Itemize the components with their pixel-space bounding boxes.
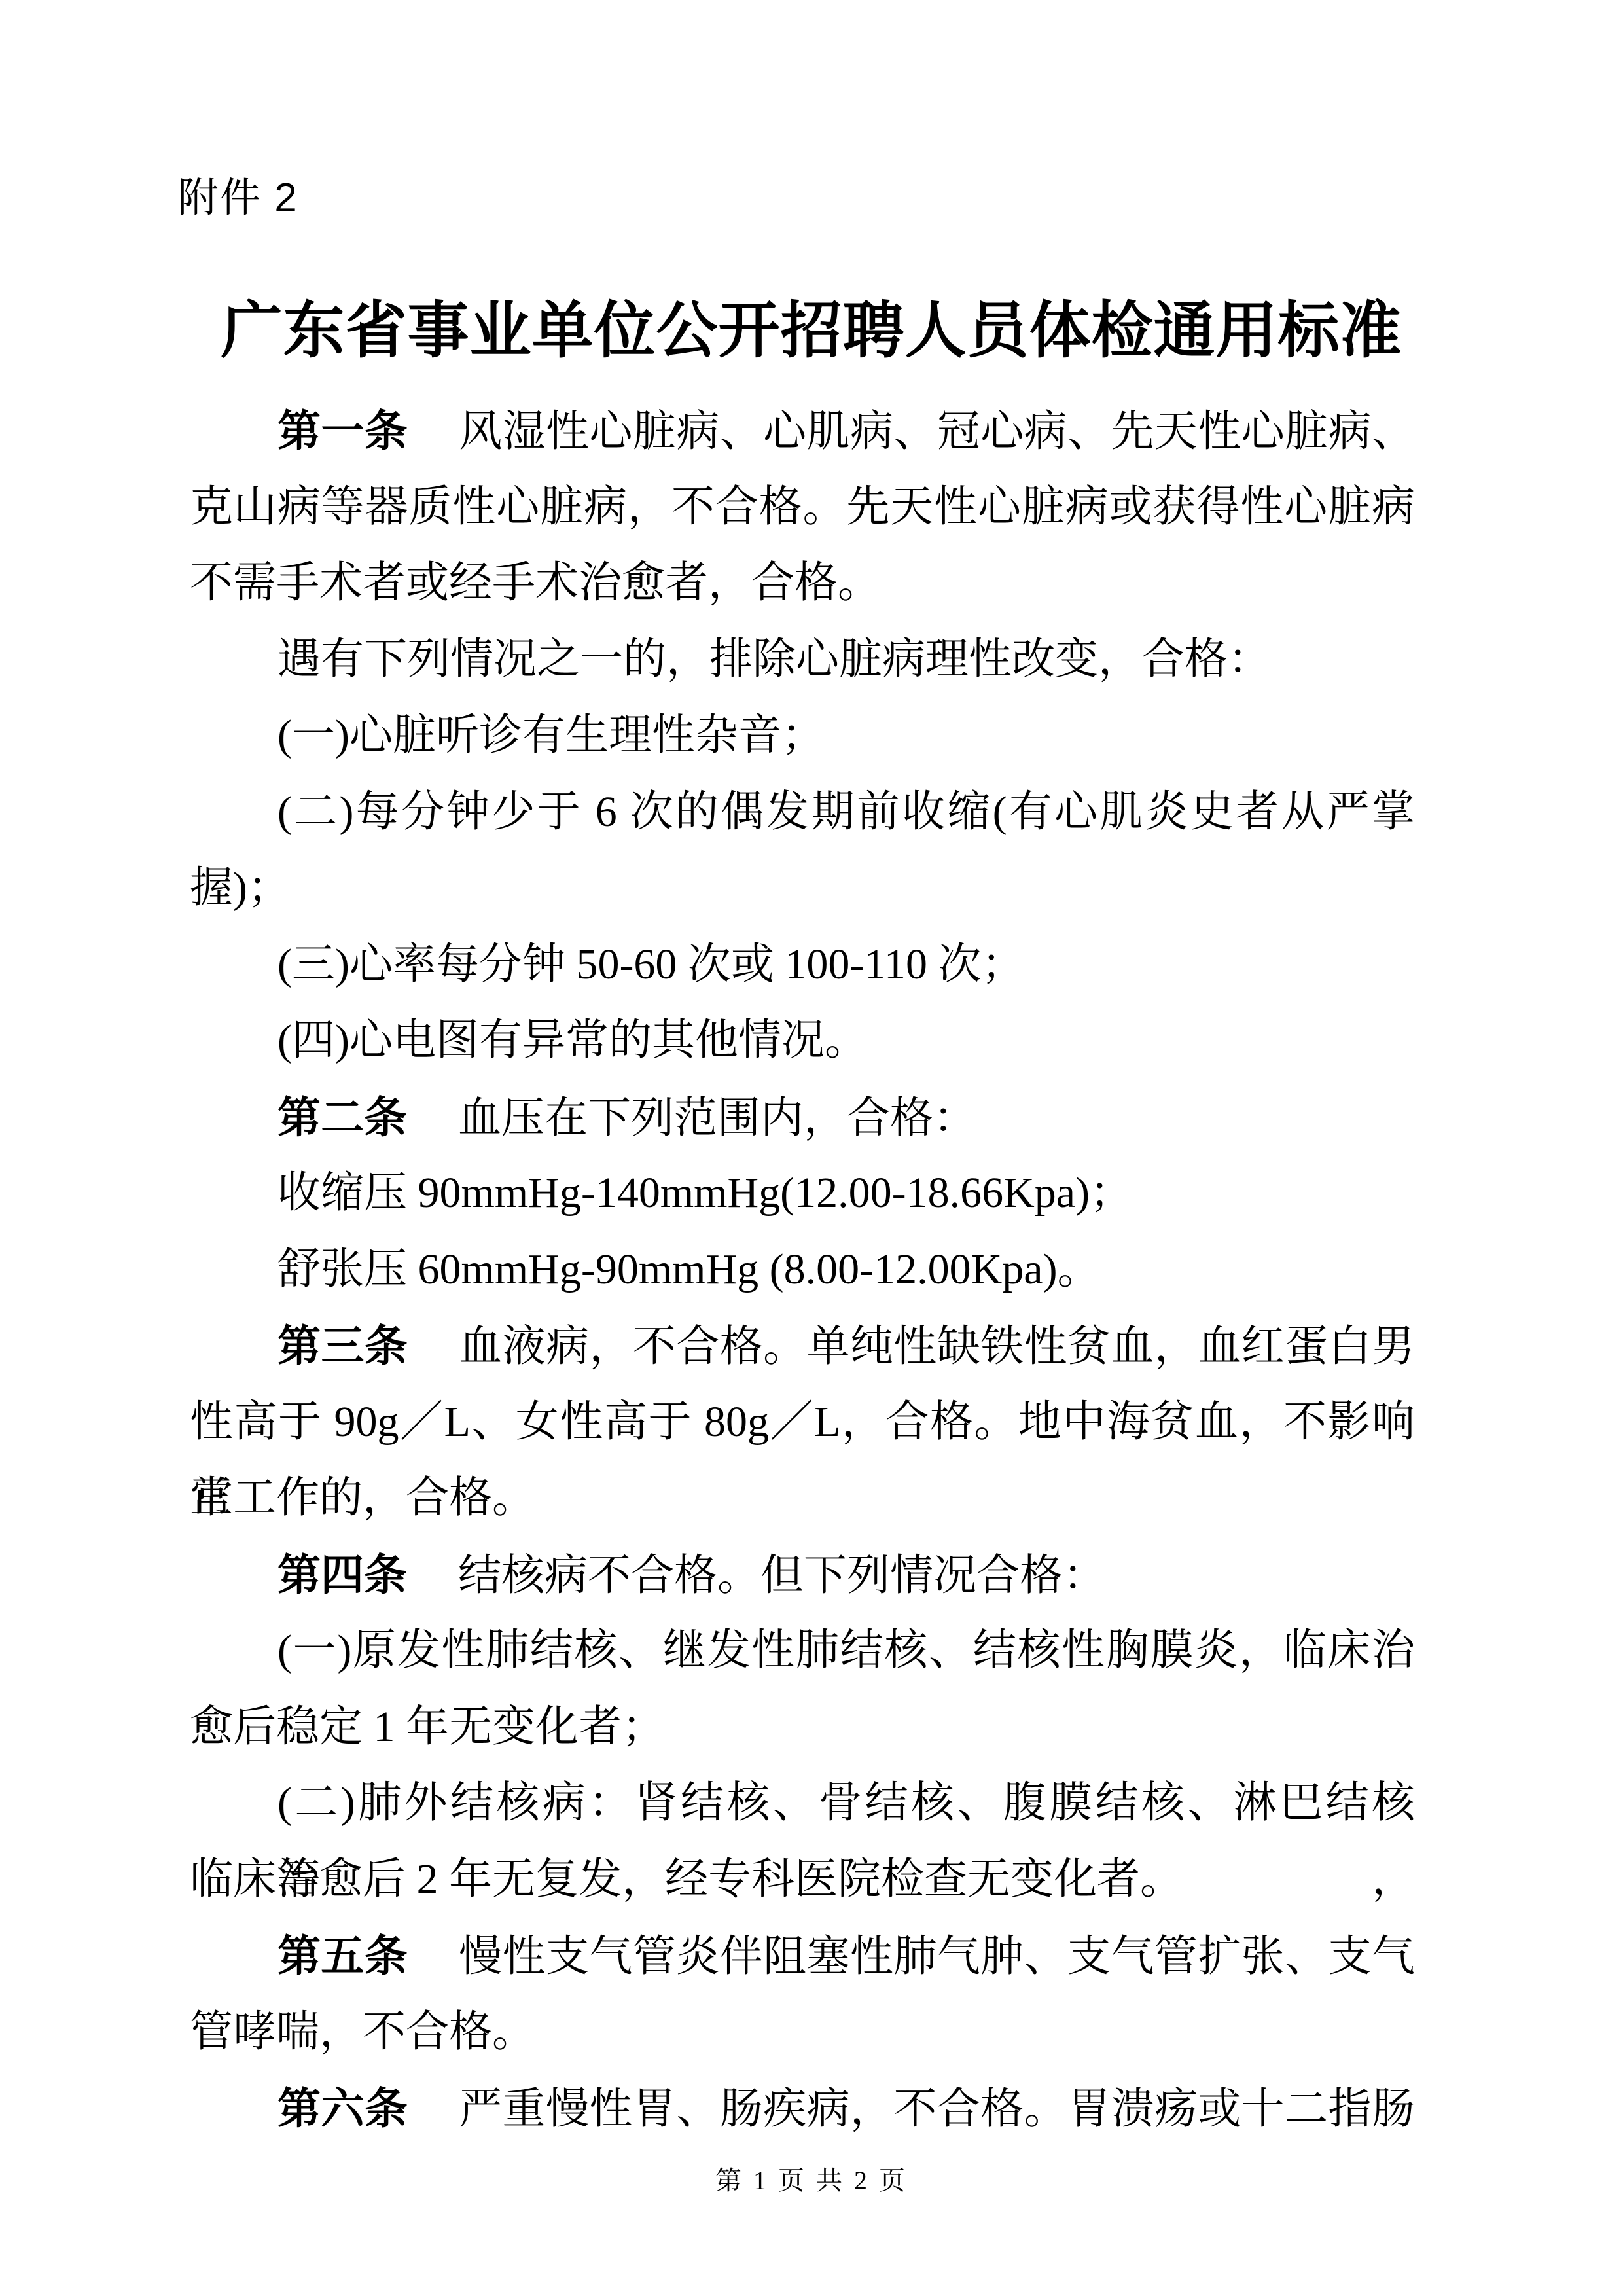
body-line: (一)原发性肺结核、继发性肺结核、结核性胸膜炎，临床治 <box>190 1613 1415 1689</box>
body-line: 管哮喘，不合格。 <box>190 1994 1415 2071</box>
body-line: 克山病等器质性心脏病，不合格。先天性心脏病或获得性心脏病 <box>190 469 1415 546</box>
line-text: (二)每分钟少于 6 次的偶发期前收缩(有心肌炎史者从严掌 <box>277 788 1415 836</box>
body-line: (一)心脏听诊有生理性杂音； <box>190 698 1415 774</box>
body-line: (二)每分钟少于 6 次的偶发期前收缩(有心肌炎史者从严掌 <box>190 774 1415 851</box>
line-text: 握)； <box>190 864 291 912</box>
body-line: 第四条结核病不合格。但下列情况合格： <box>190 1537 1415 1613</box>
body-line: 性高于 90g／L、女性高于 80g／L，合格。地中海贫血，不影响正 <box>190 1384 1415 1461</box>
body-line: (二)肺外结核病：肾结核、骨结核、腹膜结核、淋巴结核等， <box>190 1765 1415 1842</box>
article-number: 第三条 <box>277 1321 408 1370</box>
line-text: 舒张压 60mmHg-90mmHg (8.00-12.00Kpa)。 <box>277 1246 1101 1293</box>
article-number: 第六条 <box>277 2084 408 2132</box>
line-text: 愈后稳定 1 年无变化者； <box>190 1703 665 1751</box>
body-line: (四)心电图有异常的其他情况。 <box>190 1003 1415 1079</box>
body-line: 愈后稳定 1 年无变化者； <box>190 1689 1415 1766</box>
body-line: 收缩压 90mmHg-140mmHg(12.00-18.66Kpa)； <box>190 1155 1415 1232</box>
body-line: 第六条严重慢性胃、肠疾病，不合格。胃溃疡或十二指肠 <box>190 2070 1415 2147</box>
body-line: 不需手术者或经手术治愈者，合格。 <box>190 545 1415 622</box>
line-text: 不需手术者或经手术治愈者，合格。 <box>190 559 881 607</box>
line-text: 血液病，不合格。单纯性缺铁性贫血，血红蛋白男 <box>459 1323 1415 1371</box>
body-line: 握)； <box>190 850 1415 927</box>
body-line: (三)心率每分钟 50-60 次或 100-110 次； <box>190 927 1415 1003</box>
body-line: 第二条血压在下列范围内，合格： <box>190 1079 1415 1156</box>
article-number: 第四条 <box>277 1551 407 1599</box>
article-number: 第五条 <box>277 1931 408 1980</box>
article-number: 第一条 <box>277 406 408 455</box>
line-text: (一)原发性肺结核、继发性肺结核、结核性胸膜炎，临床治 <box>277 1626 1415 1674</box>
document-body: 第一条风湿性心脏病、心肌病、冠心病、先天性心脏病、克山病等器质性心脏病，不合格。… <box>190 393 1415 2147</box>
line-text: 血压在下列范围内，合格： <box>458 1094 976 1142</box>
line-text: 收缩压 90mmHg-140mmHg(12.00-18.66Kpa)； <box>277 1169 1133 1217</box>
article-number: 第二条 <box>277 1093 407 1141</box>
line-text: 结核病不合格。但下列情况合格： <box>458 1552 1106 1600</box>
line-text: (四)心电图有异常的其他情况。 <box>277 1016 868 1064</box>
line-text: 遇有下列情况之一的，排除心脏病理性改变，合格： <box>277 636 1271 683</box>
body-line: 遇有下列情况之一的，排除心脏病理性改变，合格： <box>190 622 1415 698</box>
line-text: (一)心脏听诊有生理性杂音； <box>277 711 825 759</box>
line-text: 克山病等器质性心脏病，不合格。先天性心脏病或获得性心脏病 <box>190 483 1415 531</box>
line-text: 慢性支气管炎伴阻塞性肺气肿、支气管扩张、支气 <box>459 1933 1415 1981</box>
line-text: 管哮喘，不合格。 <box>190 2008 535 2056</box>
body-line: 第一条风湿性心脏病、心肌病、冠心病、先天性心脏病、 <box>190 393 1415 469</box>
attachment-label: 附件 2 <box>178 165 298 223</box>
document-page: 附件 2 广东省事业单位公开招聘人员体检通用标准 第一条风湿性心脏病、心肌病、冠… <box>0 0 1623 2296</box>
body-line: 第五条慢性支气管炎伴阻塞性肺气肿、支气管扩张、支气 <box>190 1918 1415 1994</box>
line-text: 严重慢性胃、肠疾病，不合格。胃溃疡或十二指肠 <box>459 2085 1415 2133</box>
document-title: 广东省事业单位公开招聘人员体检通用标准 <box>0 281 1623 369</box>
line-text: 风湿性心脏病、心肌病、冠心病、先天性心脏病、 <box>459 408 1415 456</box>
line-text: (三)心率每分钟 50-60 次或 100-110 次； <box>277 941 1024 988</box>
body-line: 第三条血液病，不合格。单纯性缺铁性贫血，血红蛋白男 <box>190 1308 1415 1384</box>
line-text: 常工作的，合格。 <box>190 1474 535 1522</box>
page-number-footer: 第 1 页 共 2 页 <box>0 2160 1623 2197</box>
body-line: 舒张压 60mmHg-90mmHg (8.00-12.00Kpa)。 <box>190 1232 1415 1308</box>
line-text: 临床治愈后 2 年无复发，经专科医院检查无变化者。 <box>190 1856 1183 1903</box>
body-line: 常工作的，合格。 <box>190 1460 1415 1537</box>
